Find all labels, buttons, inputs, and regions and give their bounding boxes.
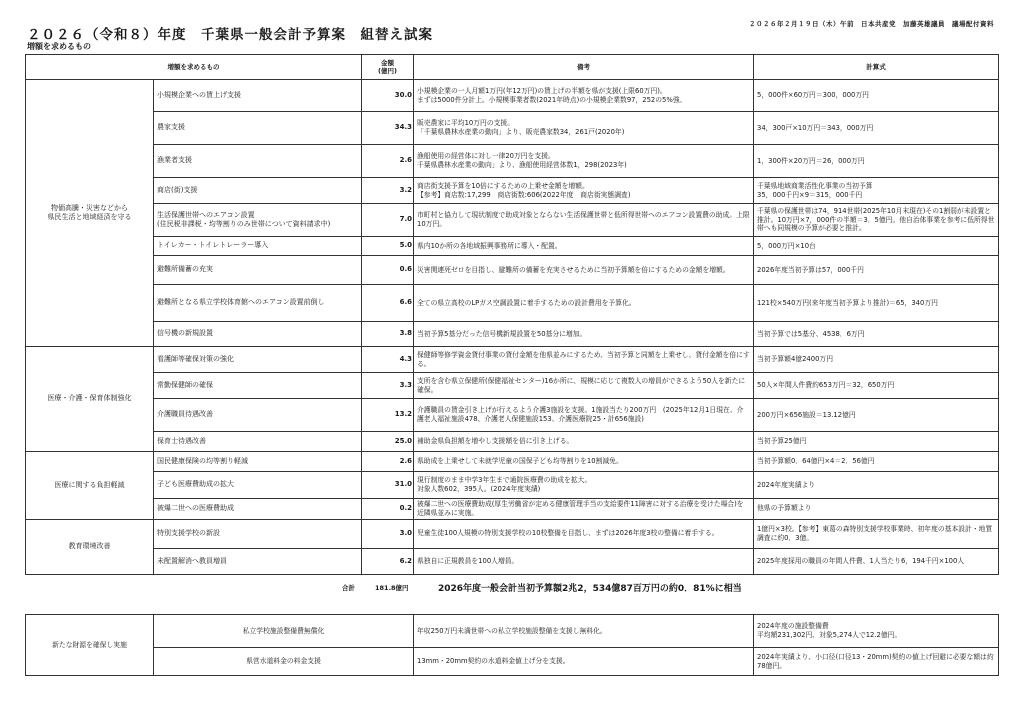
note-cell: 県内10か所の各地域振興事務所に導入・配置。 bbox=[414, 237, 754, 256]
amount-cell: 3.8 bbox=[362, 322, 414, 347]
calc-cell: 当初予算では5基分、4538．6万円 bbox=[754, 322, 999, 347]
note-cell: 保健師等修学資金貸付事業の貸付金額を他県並みにするため、当初予算と同額を上乗せし… bbox=[414, 347, 754, 373]
note-cell: 商店街支援予算を10倍にするための上乗せ金額を増額。 【参考】商店数:17,29… bbox=[414, 178, 754, 204]
category-cell: 新たな財源を確保し実施 bbox=[26, 615, 154, 676]
calc-cell: 2025年度採用の職員の年間人件費、1人当たり6，194千円×100人 bbox=[754, 548, 999, 574]
note-cell: 全ての県立高校のLPガス空調設置に着手するための設計費用を予算化。 bbox=[414, 285, 754, 322]
table-row: トイレカー・トイレトレーラー導入5.0県内10か所の各地域振興事務所に導入・配置… bbox=[26, 237, 999, 256]
calc-cell: 2026年度当初予算は57，000千円 bbox=[754, 256, 999, 285]
amount-header-line2: (億円) bbox=[378, 67, 397, 75]
item-cell: 生活保護世帯へのエアコン設置 (住民税非課税・均等割りのみ世帯について資料請求中… bbox=[154, 204, 362, 237]
calc-cell: 2024年度実績より bbox=[754, 472, 999, 499]
table-row: 子ども医療費助成の拡大31.0現行制度のまま中学3年生まで通院医療費の助成を拡大… bbox=[26, 472, 999, 499]
calc-cell: 1億円×3校。【参考】東葛の森特別支援学校事業時、初年度の基本設計・地質調査に約… bbox=[754, 519, 999, 548]
amount-cell: 0.2 bbox=[362, 499, 414, 520]
table-row: 漁業者支援2.6漁船使用の経営体に対し一律20万円を支援。 千葉県農林水産業の動… bbox=[26, 145, 999, 178]
table-row: 県営水道料金の料金支援13mm・20mm契約の水道料金値上げ分を支援。2024年… bbox=[26, 648, 999, 676]
item-cell: 未配置解消へ教員増員 bbox=[154, 548, 362, 574]
table-row: 介護職員待遇改善13.2介護職員の賃金引き上げが行えるよう介護3施設を支援。1施… bbox=[26, 399, 999, 432]
note-cell: 補助金県負担額を増やし支援額を倍に引き上げる。 bbox=[414, 432, 754, 452]
note-cell: 県独自に正規教員を100人増員。 bbox=[414, 548, 754, 574]
amount-cell: 7.0 bbox=[362, 204, 414, 237]
amount-cell: 3.3 bbox=[362, 373, 414, 399]
table-row: 医療に関する負担軽減国民健康保険の均等割り軽減2.6県助成を上乗せして未就学児童… bbox=[26, 452, 999, 472]
item-cell: 国民健康保険の均等割り軽減 bbox=[154, 452, 362, 472]
column-header-note: 備考 bbox=[414, 55, 754, 80]
item-cell: 避難所備蓄の充実 bbox=[154, 256, 362, 285]
budget-increase-table: 増額を求めるもの 金額(億円) 備考 計算式 物価高騰・災害などから 県民生活と… bbox=[25, 54, 999, 575]
amount-header-line1: 金額 bbox=[381, 59, 394, 67]
column-header-calc: 計算式 bbox=[754, 55, 999, 80]
document-subinfo: ２０２６年２月１９日（木）午前 日本共産党 加藤英雄議員 議場配付資料 bbox=[749, 19, 994, 28]
item-cell: 避難所となる県立学校体育館へのエアコン設置前倒し bbox=[154, 285, 362, 322]
note-cell: 市町村と協力して現状制度で助成対象とならない生活保護世帯と低所得世帯へのエアコン… bbox=[414, 204, 754, 237]
item-cell: トイレカー・トイレトレーラー導入 bbox=[154, 237, 362, 256]
amount-cell: 3.2 bbox=[362, 178, 414, 204]
item-cell: 常勤保健師の確保 bbox=[154, 373, 362, 399]
note-cell: 県助成を上乗せして未就学児童の国保子ども均等割りを10割減免。 bbox=[414, 452, 754, 472]
note-cell: 被爆二世への医療費助成(厚生労働省が定める健康管理手当の支給要件11障害に対する… bbox=[414, 499, 754, 520]
table-header-row: 増額を求めるもの 金額(億円) 備考 計算式 bbox=[26, 55, 999, 80]
item-cell: 商店(街)支援 bbox=[154, 178, 362, 204]
amount-cell: 34.3 bbox=[362, 112, 414, 145]
amount-cell: 13.2 bbox=[362, 399, 414, 432]
note-cell: 小規模企業の一人月額1万円(年12万円)の賃上げの半額を県が支援(上限60万円)… bbox=[414, 80, 754, 112]
note-cell: 児童生徒100人規模の特別支援学校の10校整備を目指し、まずは2026年度3校の… bbox=[414, 519, 754, 548]
note-cell: 現行制度のまま中学3年生まで通院医療費の助成を拡大。 対象人数602，395人。… bbox=[414, 472, 754, 499]
amount-cell: 6.6 bbox=[362, 285, 414, 322]
calc-cell: 5，000件×60万円＝300，000万円 bbox=[754, 80, 999, 112]
amount-cell: 0.6 bbox=[362, 256, 414, 285]
amount-cell: 2.6 bbox=[362, 145, 414, 178]
item-cell: 介護職員待遇改善 bbox=[154, 399, 362, 432]
calc-cell: 千葉県地域商業活性化事業の当初予算 35，000千円×9＝315，000千円 bbox=[754, 178, 999, 204]
calc-cell: 当初予算25億円 bbox=[754, 432, 999, 452]
calc-cell: 50人×年間人件費約653万円＝32，650万円 bbox=[754, 373, 999, 399]
amount-cell: 2.6 bbox=[362, 452, 414, 472]
table-row: 新たな財源を確保し実施私立学校施設整備費無償化年収250万円未満世帯への私立学校… bbox=[26, 615, 999, 648]
table-row: 避難所備蓄の充実0.6災害関連死ゼロを目指し、避難所の備蓄を充実させるために当初… bbox=[26, 256, 999, 285]
calc-cell: 34，300戸×10万円＝343，000万円 bbox=[754, 112, 999, 145]
note-cell: 販売農家に平均10万円の支援。 「千葉県農林水産業の動向」より、販売農家数34，… bbox=[414, 112, 754, 145]
item-cell: 看護師等確保対策の強化 bbox=[154, 347, 362, 373]
calc-cell: 2024年実績より、小口径(口径13・20mm)契約の値上げ回避に必要な額は約7… bbox=[754, 648, 999, 676]
item-cell: 県営水道料金の料金支援 bbox=[154, 648, 414, 676]
column-header-amount: 金額(億円) bbox=[362, 55, 414, 80]
document-title: ２０２６（令和８）年度 千葉県一般会計予算案 組替え試案 bbox=[27, 23, 433, 43]
note-cell: 当初予算5基分だった信号機新規設置を50基分に増加。 bbox=[414, 322, 754, 347]
category-cell: 教育環境改善 bbox=[26, 519, 154, 574]
table-row: 常勤保健師の確保3.3支所を含む県立保健所(保健福祉センター)16か所に、規模に… bbox=[26, 373, 999, 399]
category-cell: 医療・介護・保育体制強化 bbox=[26, 347, 154, 452]
total-value: 181.8億円 bbox=[375, 583, 409, 592]
table-row: 物価高騰・災害などから 県民生活と地域経済を守る小規模企業への賃上げ支援30.0… bbox=[26, 80, 999, 112]
total-description: 2026年度一般会計当初予算額2兆2，534億87百万円の約0．81%に相当 bbox=[438, 581, 742, 594]
table-row: 商店(街)支援3.2商店街支援予算を10倍にするための上乗せ金額を増額。 【参考… bbox=[26, 178, 999, 204]
item-cell: 信号機の新規設置 bbox=[154, 322, 362, 347]
amount-cell: 25.0 bbox=[362, 432, 414, 452]
item-cell: 子ども医療費助成の拡大 bbox=[154, 472, 362, 499]
amount-cell: 3.0 bbox=[362, 519, 414, 548]
table-row: 保育士待遇改善25.0補助金県負担額を増やし支援額を倍に引き上げる。当初予算25… bbox=[26, 432, 999, 452]
calc-cell: 2024年度の施設整備費 平均額231,302円、対象5,274人で12.2億円… bbox=[754, 615, 999, 648]
table-row: 信号機の新規設置3.8当初予算5基分だった信号機新規設置を50基分に増加。当初予… bbox=[26, 322, 999, 347]
table-row: 農家支援34.3販売農家に平均10万円の支援。 「千葉県農林水産業の動向」より、… bbox=[26, 112, 999, 145]
amount-cell: 31.0 bbox=[362, 472, 414, 499]
calc-cell: 当初予算額0．64億円×4＝2．56億円 bbox=[754, 452, 999, 472]
item-cell: 農家支援 bbox=[154, 112, 362, 145]
calc-cell: 200万円×656施設＝13.12億円 bbox=[754, 399, 999, 432]
calc-cell: 他県の予算額より bbox=[754, 499, 999, 520]
calc-cell: 当初予算額4億2400万円 bbox=[754, 347, 999, 373]
amount-cell: 5.0 bbox=[362, 237, 414, 256]
amount-cell: 30.0 bbox=[362, 80, 414, 112]
item-cell: 私立学校施設整備費無償化 bbox=[154, 615, 414, 648]
item-cell: 保育士待遇改善 bbox=[154, 432, 362, 452]
item-cell: 特別支援学校の新設 bbox=[154, 519, 362, 548]
item-cell: 被爆二世への医療費助成 bbox=[154, 499, 362, 520]
section-subtitle: 増額を求めるもの bbox=[27, 41, 91, 52]
table-row: 被爆二世への医療費助成0.2被爆二世への医療費助成(厚生労働省が定める健康管理手… bbox=[26, 499, 999, 520]
note-cell: 年収250万円未満世帯への私立学校施設整備を支援し無料化。 bbox=[414, 615, 754, 648]
column-header-item: 増額を求めるもの bbox=[26, 55, 362, 80]
note-cell: 災害関連死ゼロを目指し、避難所の備蓄を充実させるために当初予算額を倍にするための… bbox=[414, 256, 754, 285]
table-row: 避難所となる県立学校体育館へのエアコン設置前倒し6.6全ての県立高校のLPガス空… bbox=[26, 285, 999, 322]
item-cell: 漁業者支援 bbox=[154, 145, 362, 178]
calc-cell: 121校×540万円(来年度当初予算より推計)＝65，340万円 bbox=[754, 285, 999, 322]
category-cell: 物価高騰・災害などから 県民生活と地域経済を守る bbox=[26, 80, 154, 347]
table-row: 生活保護世帯へのエアコン設置 (住民税非課税・均等割りのみ世帯について資料請求中… bbox=[26, 204, 999, 237]
note-cell: 漁船使用の経営体に対し一律20万円を支援。 千葉県農林水産業の動向」より、漁船使… bbox=[414, 145, 754, 178]
table-row: 未配置解消へ教員増員6.2県独自に正規教員を100人増員。2025年度採用の職員… bbox=[26, 548, 999, 574]
total-row: 合計 181.8億円 2026年度一般会計当初予算額2兆2，534億87百万円の… bbox=[0, 583, 1024, 597]
calc-cell: 5，000万円×10台 bbox=[754, 237, 999, 256]
category-cell: 医療に関する負担軽減 bbox=[26, 452, 154, 520]
note-cell: 支所を含む県立保健所(保健福祉センター)16か所に、規模に応じて複数人の増員がで… bbox=[414, 373, 754, 399]
total-label: 合計 bbox=[342, 583, 355, 592]
table-row: 医療・介護・保育体制強化看護師等確保対策の強化4.3保健師等修学資金貸付事業の貸… bbox=[26, 347, 999, 373]
note-cell: 介護職員の賃金引き上げが行えるよう介護3施設を支援。1施設当たり200万円 (2… bbox=[414, 399, 754, 432]
calc-cell: 1，300件×20万円＝26，000万円 bbox=[754, 145, 999, 178]
amount-cell: 4.3 bbox=[362, 347, 414, 373]
calc-cell: 千葉県の保護世帯は74，914世帯(2025年10月末現在)その1割弱が未設置と… bbox=[754, 204, 999, 237]
table-row: 教育環境改善特別支援学校の新設3.0児童生徒100人規模の特別支援学校の10校整… bbox=[26, 519, 999, 548]
new-funding-table: 新たな財源を確保し実施私立学校施設整備費無償化年収250万円未満世帯への私立学校… bbox=[25, 614, 999, 676]
amount-cell: 6.2 bbox=[362, 548, 414, 574]
item-cell: 小規模企業への賃上げ支援 bbox=[154, 80, 362, 112]
note-cell: 13mm・20mm契約の水道料金値上げ分を支援。 bbox=[414, 648, 754, 676]
